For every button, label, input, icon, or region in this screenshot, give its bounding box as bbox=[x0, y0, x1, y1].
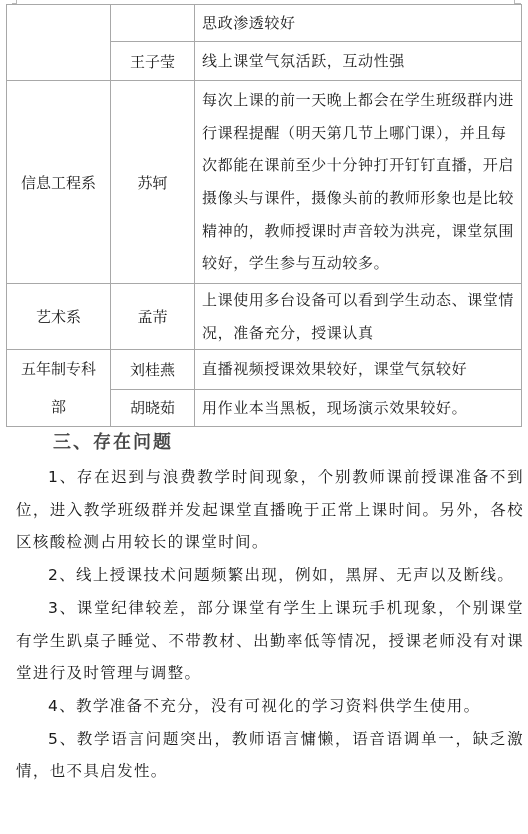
department-cell: 艺术系 bbox=[7, 284, 111, 350]
teacher-cell bbox=[111, 5, 195, 42]
table-row: 五年制专科 部 刘桂燕 直播视频授课效果较好，课堂气氛较好 bbox=[7, 350, 522, 390]
comment-cell: 上课使用多台设备可以看到学生动态、课堂情况，准备充分，授课认真 bbox=[195, 284, 522, 350]
problem-paragraph-5: 5、教学语言问题突出，教师语言慵懒，语音语调单一，缺乏激情，也不具启发性。 bbox=[16, 723, 524, 788]
teacher-evaluation-table: 思政渗透较好 王子莹 线上课堂气氛活跃，互动性强 信息工程系 苏轲 每次上课的前… bbox=[6, 4, 522, 427]
comment-cell: 线上课堂气氛活跃，互动性强 bbox=[195, 42, 522, 81]
teacher-cell: 王子莹 bbox=[111, 42, 195, 81]
comment-cell: 思政渗透较好 bbox=[195, 5, 522, 42]
problem-paragraph-1: 1、存在迟到与浪费教学时间现象，个别教师课前授课准备不到位，进入教学班级群并发起… bbox=[16, 461, 524, 559]
department-cell: 五年制专科 部 bbox=[7, 350, 111, 427]
department-cell: 信息工程系 bbox=[7, 81, 111, 284]
comment-cell: 每次上课的前一天晚上都会在学生班级群内进行课程提醒（明天第几节上哪门课），并且每… bbox=[195, 81, 522, 284]
problems-list: 1、存在迟到与浪费教学时间现象，个别教师课前授课准备不到位，进入教学班级群并发起… bbox=[16, 461, 524, 788]
department-line-2: 部 bbox=[7, 388, 110, 426]
section-heading: 三、存在问题 bbox=[53, 428, 173, 454]
table-row: 信息工程系 苏轲 每次上课的前一天晚上都会在学生班级群内进行课程提醒（明天第几节… bbox=[7, 81, 522, 284]
problem-paragraph-3: 3、课堂纪律较差，部分课堂有学生上课玩手机现象，个别课堂有学生趴桌子睡觉、不带教… bbox=[16, 592, 524, 690]
problem-paragraph-2: 2、线上授课技术问题频繁出现，例如，黑屏、无声以及断线。 bbox=[16, 559, 524, 592]
table-row: 艺术系 孟芾 上课使用多台设备可以看到学生动态、课堂情况，准备充分，授课认真 bbox=[7, 284, 522, 350]
teacher-cell: 孟芾 bbox=[111, 284, 195, 350]
department-cell bbox=[7, 5, 111, 81]
problem-paragraph-4: 4、教学准备不充分，没有可视化的学习资料供学生使用。 bbox=[16, 690, 524, 723]
comment-cell: 直播视频授课效果较好，课堂气氛较好 bbox=[195, 350, 522, 390]
table-row: 思政渗透较好 bbox=[7, 5, 522, 42]
teacher-cell: 刘桂燕 bbox=[111, 350, 195, 390]
teacher-cell: 胡晓茹 bbox=[111, 389, 195, 427]
teacher-cell: 苏轲 bbox=[111, 81, 195, 284]
comment-cell: 用作业本当黑板，现场演示效果较好。 bbox=[195, 389, 522, 427]
department-line-1: 五年制专科 bbox=[7, 350, 110, 388]
